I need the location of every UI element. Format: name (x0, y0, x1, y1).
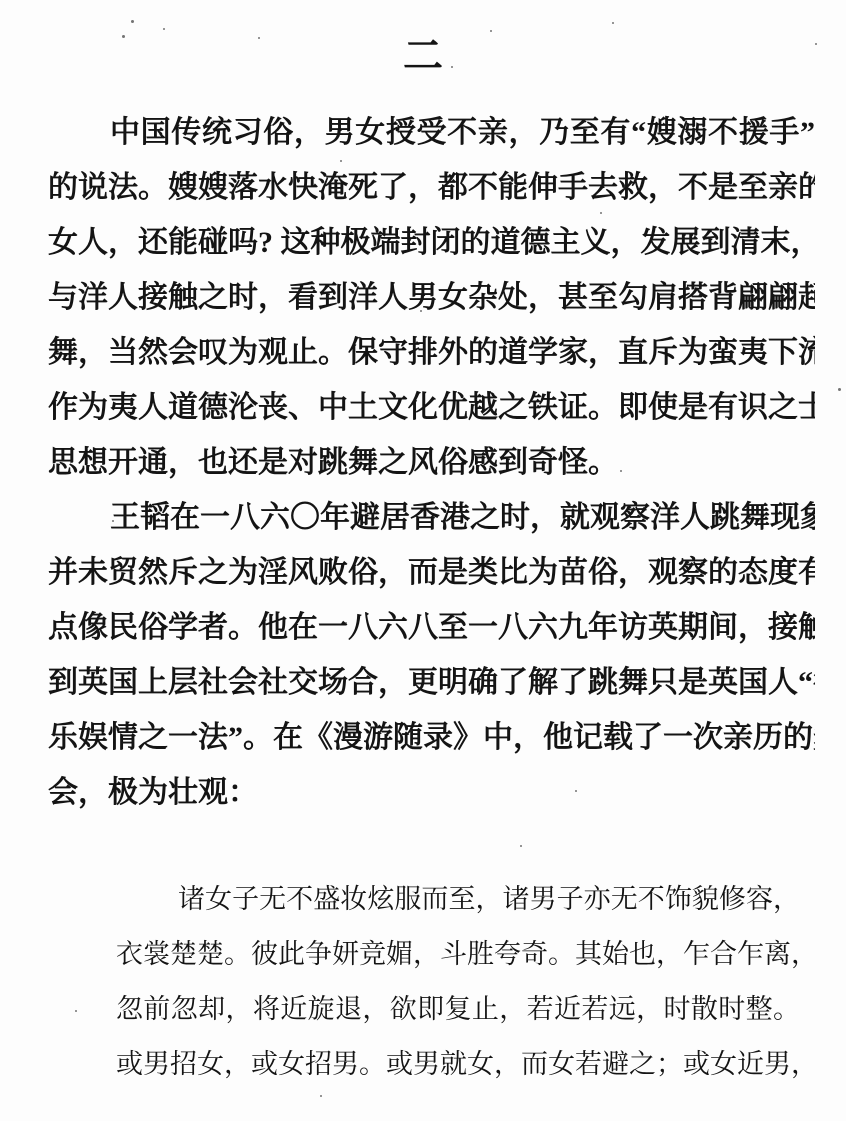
paragraph-1: 中国传统习俗，男女授受不亲，乃至有“嫂溺不援手” 的说法。嫂嫂落水快淹死了，都不… (48, 105, 815, 490)
quote-line: 忽前忽却，将近旋退，欲即复止，若近若远，时散时整。 (116, 982, 800, 1037)
page-content: 中国传统习俗，男女授受不亲，乃至有“嫂溺不援手” 的说法。嫂嫂落水快淹死了，都不… (48, 105, 815, 1092)
scan-speckle (490, 30, 492, 32)
text-line: 到英国上层社会社交场合，更明确了解了跳舞只是英国人“行 (48, 655, 815, 710)
text-line: 王韬在一八六〇年避居香港之时，就观察洋人跳舞现象， (48, 490, 815, 545)
scan-speckle (420, 310, 422, 312)
scan-speckle (163, 28, 165, 30)
text-line: 点像民俗学者。他在一八六八至一八六九年访英期间，接触 (48, 600, 815, 655)
text-line: 思想开通，也还是对跳舞之风俗感到奇怪。 (48, 435, 815, 490)
book-page: 二 中国传统习俗，男女授受不亲，乃至有“嫂溺不援手” 的说法。嫂嫂落水快淹死了，… (0, 0, 846, 1121)
scan-speckle (75, 1010, 77, 1012)
quote-block: 诸女子无不盛妆炫服而至，诸男子亦无不饰貌修容， 衣裳楚楚。彼此争妍竞媚，斗胜夸奇… (116, 872, 800, 1092)
scan-speckle (410, 730, 412, 732)
scan-speckle (838, 388, 841, 391)
scan-speckle (575, 790, 577, 792)
scan-speckle (451, 66, 453, 68)
text-line: 的说法。嫂嫂落水快淹死了，都不能伸手去救，不是至亲的 (48, 160, 815, 215)
paragraph-2: 王韬在一八六〇年避居香港之时，就观察洋人跳舞现象， 并未贸然斥之为淫风败俗，而是… (48, 490, 815, 820)
text-line: 中国传统习俗，男女授受不亲，乃至有“嫂溺不援手” (48, 105, 815, 160)
text-line: 并未贸然斥之为淫风败俗，而是类比为苗俗，观察的态度有 (48, 545, 815, 600)
scan-speckle (345, 622, 347, 624)
quote-line: 衣裳楚楚。彼此争妍竞媚，斗胜夸奇。其始也，乍合乍离， (116, 927, 800, 982)
quote-line: 诸女子无不盛妆炫服而至，诸男子亦无不饰貌修容， (116, 872, 800, 927)
scan-speckle (620, 470, 622, 472)
text-line: 乐娱情之一法”。在《漫游随录》中，他记载了一次亲历的舞 (48, 710, 815, 765)
scan-speckle (131, 20, 134, 23)
text-line: 会，极为壮观： (48, 765, 815, 820)
scan-speckle (258, 37, 260, 39)
scan-speckle (122, 35, 125, 38)
scan-speckle (612, 22, 614, 24)
scan-speckle (520, 845, 522, 847)
scan-speckle (320, 1095, 322, 1097)
quote-line: 或男招女，或女招男。或男就女，而女若避之；或女近男， (116, 1037, 800, 1092)
text-line: 女人，还能碰吗? 这种极端封闭的道德主义，发展到清末， (48, 215, 815, 270)
scan-speckle (600, 212, 602, 214)
scan-speckle (815, 43, 817, 45)
scan-speckle (340, 160, 342, 162)
text-line: 作为夷人道德沦丧、中土文化优越之铁证。即使是有识之士， (48, 380, 815, 435)
scan-speckle (112, 520, 114, 522)
section-heading: 二 (0, 0, 846, 84)
text-line: 与洋人接触之时，看到洋人男女杂处，甚至勾肩搭背翩翩起 (48, 270, 815, 325)
text-line: 舞，当然会叹为观止。保守排外的道学家，直斥为蛮夷下流， (48, 325, 815, 380)
